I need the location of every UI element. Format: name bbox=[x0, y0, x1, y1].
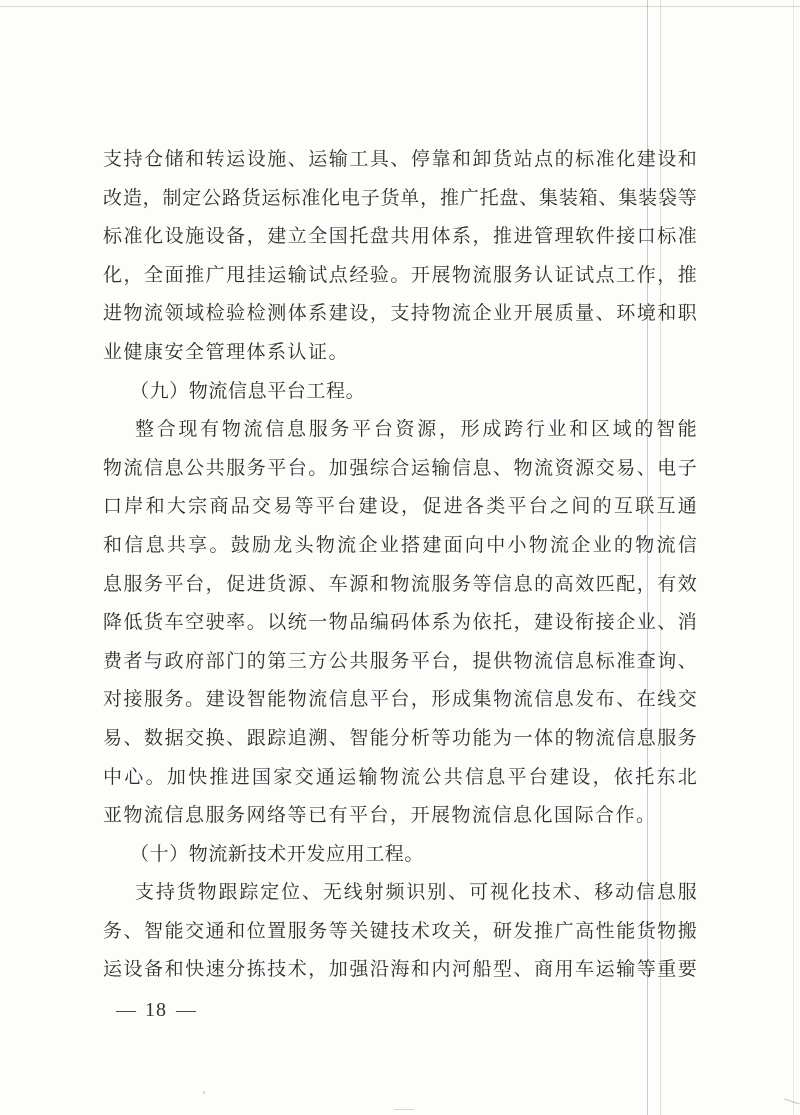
page-footer: — 18 — bbox=[116, 995, 196, 1025]
document-text: 支持仓储和转运设施、运输工具、停靠和卸货站点的标准化建设和改造，制定公路货运标准… bbox=[103, 141, 697, 990]
scan-artifact-bottom-mark bbox=[394, 1109, 414, 1110]
text-line: 改造，制定公路货运标准化电子货单，推广托盘、集装箱、集装袋等 bbox=[103, 180, 697, 219]
text-line: 易、数据交换、跟踪追溯、智能分析等功能为一体的物流信息服务 bbox=[103, 720, 697, 759]
scan-artifact-vertical-line bbox=[793, 0, 794, 1115]
section-heading: （九）物流信息平台工程。 bbox=[103, 373, 697, 412]
text-line: 业健康安全管理体系认证。 bbox=[103, 334, 697, 373]
text-line: 亚物流信息服务网络等已有平台，开展物流信息化国际合作。 bbox=[103, 797, 697, 836]
page-number: 18 bbox=[145, 995, 167, 1025]
scan-artifact-corner-tick bbox=[784, 1099, 800, 1105]
scan-artifact-speck bbox=[203, 1091, 205, 1094]
text-line: 支持货物跟踪定位、无线射频识别、可视化技术、移动信息服 bbox=[103, 874, 697, 913]
text-line: 和信息共享。鼓励龙头物流企业搭建面向中小物流企业的物流信 bbox=[103, 527, 697, 566]
text-line: 运设备和快速分拣技术，加强沿海和内河船型、商用车运输等重要 bbox=[103, 951, 697, 990]
text-line: 整合现有物流信息服务平台资源，形成跨行业和区域的智能 bbox=[103, 411, 697, 450]
text-line: 标准化设施设备，建立全国托盘共用体系，推进管理软件接口标准 bbox=[103, 218, 697, 257]
text-line: 息服务平台，促进货源、车源和物流服务等信息的高效匹配，有效 bbox=[103, 566, 697, 605]
text-line: 物流信息公共服务平台。加强综合运输信息、物流资源交易、电子 bbox=[103, 450, 697, 489]
scan-artifact-top-line bbox=[0, 6, 800, 7]
text-line: 对接服务。建设智能物流信息平台，形成集物流信息发布、在线交 bbox=[103, 681, 697, 720]
scan-page: 支持仓储和转运设施、运输工具、停靠和卸货站点的标准化建设和改造，制定公路货运标准… bbox=[0, 0, 800, 1115]
text-line: 降低货车空驶率。以统一物品编码体系为依托，建设衔接企业、消 bbox=[103, 604, 697, 643]
text-line: 化，全面推广甩挂运输试点经验。开展物流服务认证试点工作，推 bbox=[103, 257, 697, 296]
text-line: 口岸和大宗商品交易等平台建设，促进各类平台之间的互联互通 bbox=[103, 488, 697, 527]
text-line: 费者与政府部门的第三方公共服务平台，提供物流信息标准查询、 bbox=[103, 643, 697, 682]
text-line: 务、智能交通和位置服务等关键技术攻关，研发推广高性能货物搬 bbox=[103, 913, 697, 952]
footer-dash-left: — bbox=[116, 995, 136, 1025]
text-line: 支持仓储和转运设施、运输工具、停靠和卸货站点的标准化建设和 bbox=[103, 141, 697, 180]
text-line: 进物流领域检验检测体系建设，支持物流企业开展质量、环境和职 bbox=[103, 295, 697, 334]
text-line: 中心。加快推进国家交通运输物流公共信息平台建设，依托东北 bbox=[103, 759, 697, 798]
section-heading: （十）物流新技术开发应用工程。 bbox=[103, 836, 697, 875]
footer-dash-right: — bbox=[176, 995, 196, 1025]
